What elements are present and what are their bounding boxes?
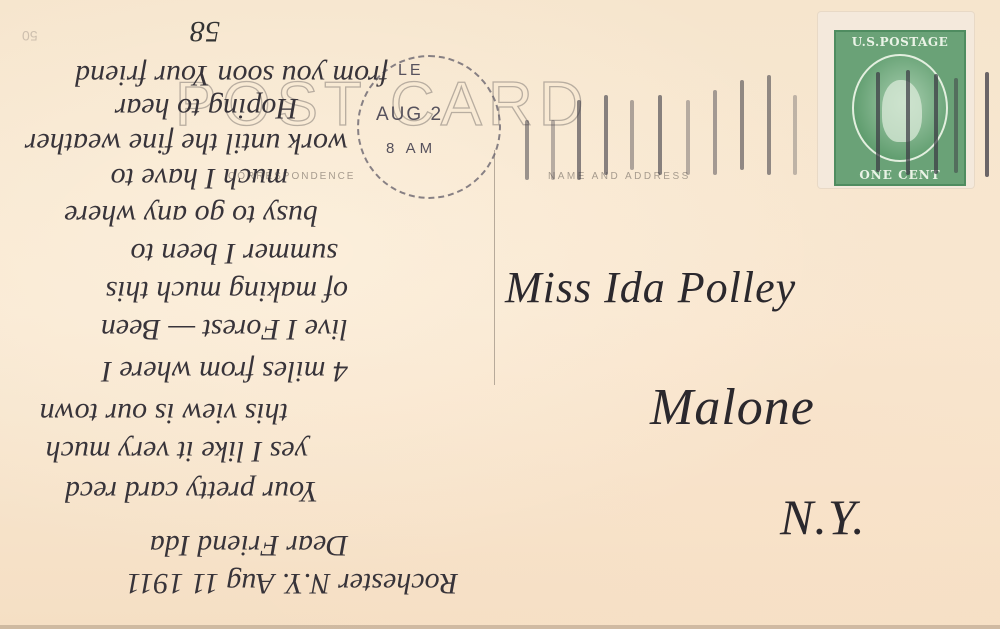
recipient-name: Miss Ida Polley [505,262,796,313]
message-line: much I have to [111,161,288,195]
handwritten-message: Rochester N.Y. Aug 11 1911 Dear Friend I… [8,40,498,600]
recipient-state: N.Y. [780,488,866,546]
message-line: Rochester N.Y. Aug 11 1911 [126,566,458,600]
message-line: of making much this [106,274,348,308]
postage-stamp: U.S.POSTAGE ONE CENT [818,12,974,188]
recipient-town: Malone [650,378,815,437]
message-line: Hoping to hear [115,91,298,125]
message-line: summer I been to [131,236,338,270]
message-line: yes I like it very much [46,434,308,468]
stamp-bottom-text: ONE CENT [836,168,964,182]
postcard-back: 50 58 POST CARD CORRESPONDENCE NAME AND … [0,0,1000,629]
stamp-frame: U.S.POSTAGE ONE CENT [834,30,966,186]
message-line: busy to go any where [64,198,318,232]
message-line: Dear Friend Ida [150,528,348,562]
stamp-top-text: U.S.POSTAGE [836,35,964,49]
message-line: this view is our town [40,396,288,430]
message-line: 4 miles from where I [102,354,348,388]
message-line: Your pretty card recd [65,474,318,508]
message-line: live I Forest — Been [101,312,348,346]
message-line: from you soon Your friend [75,58,388,92]
message-line: work until the fine weather [25,126,348,160]
name-and-address-label: NAME AND ADDRESS [548,171,691,182]
